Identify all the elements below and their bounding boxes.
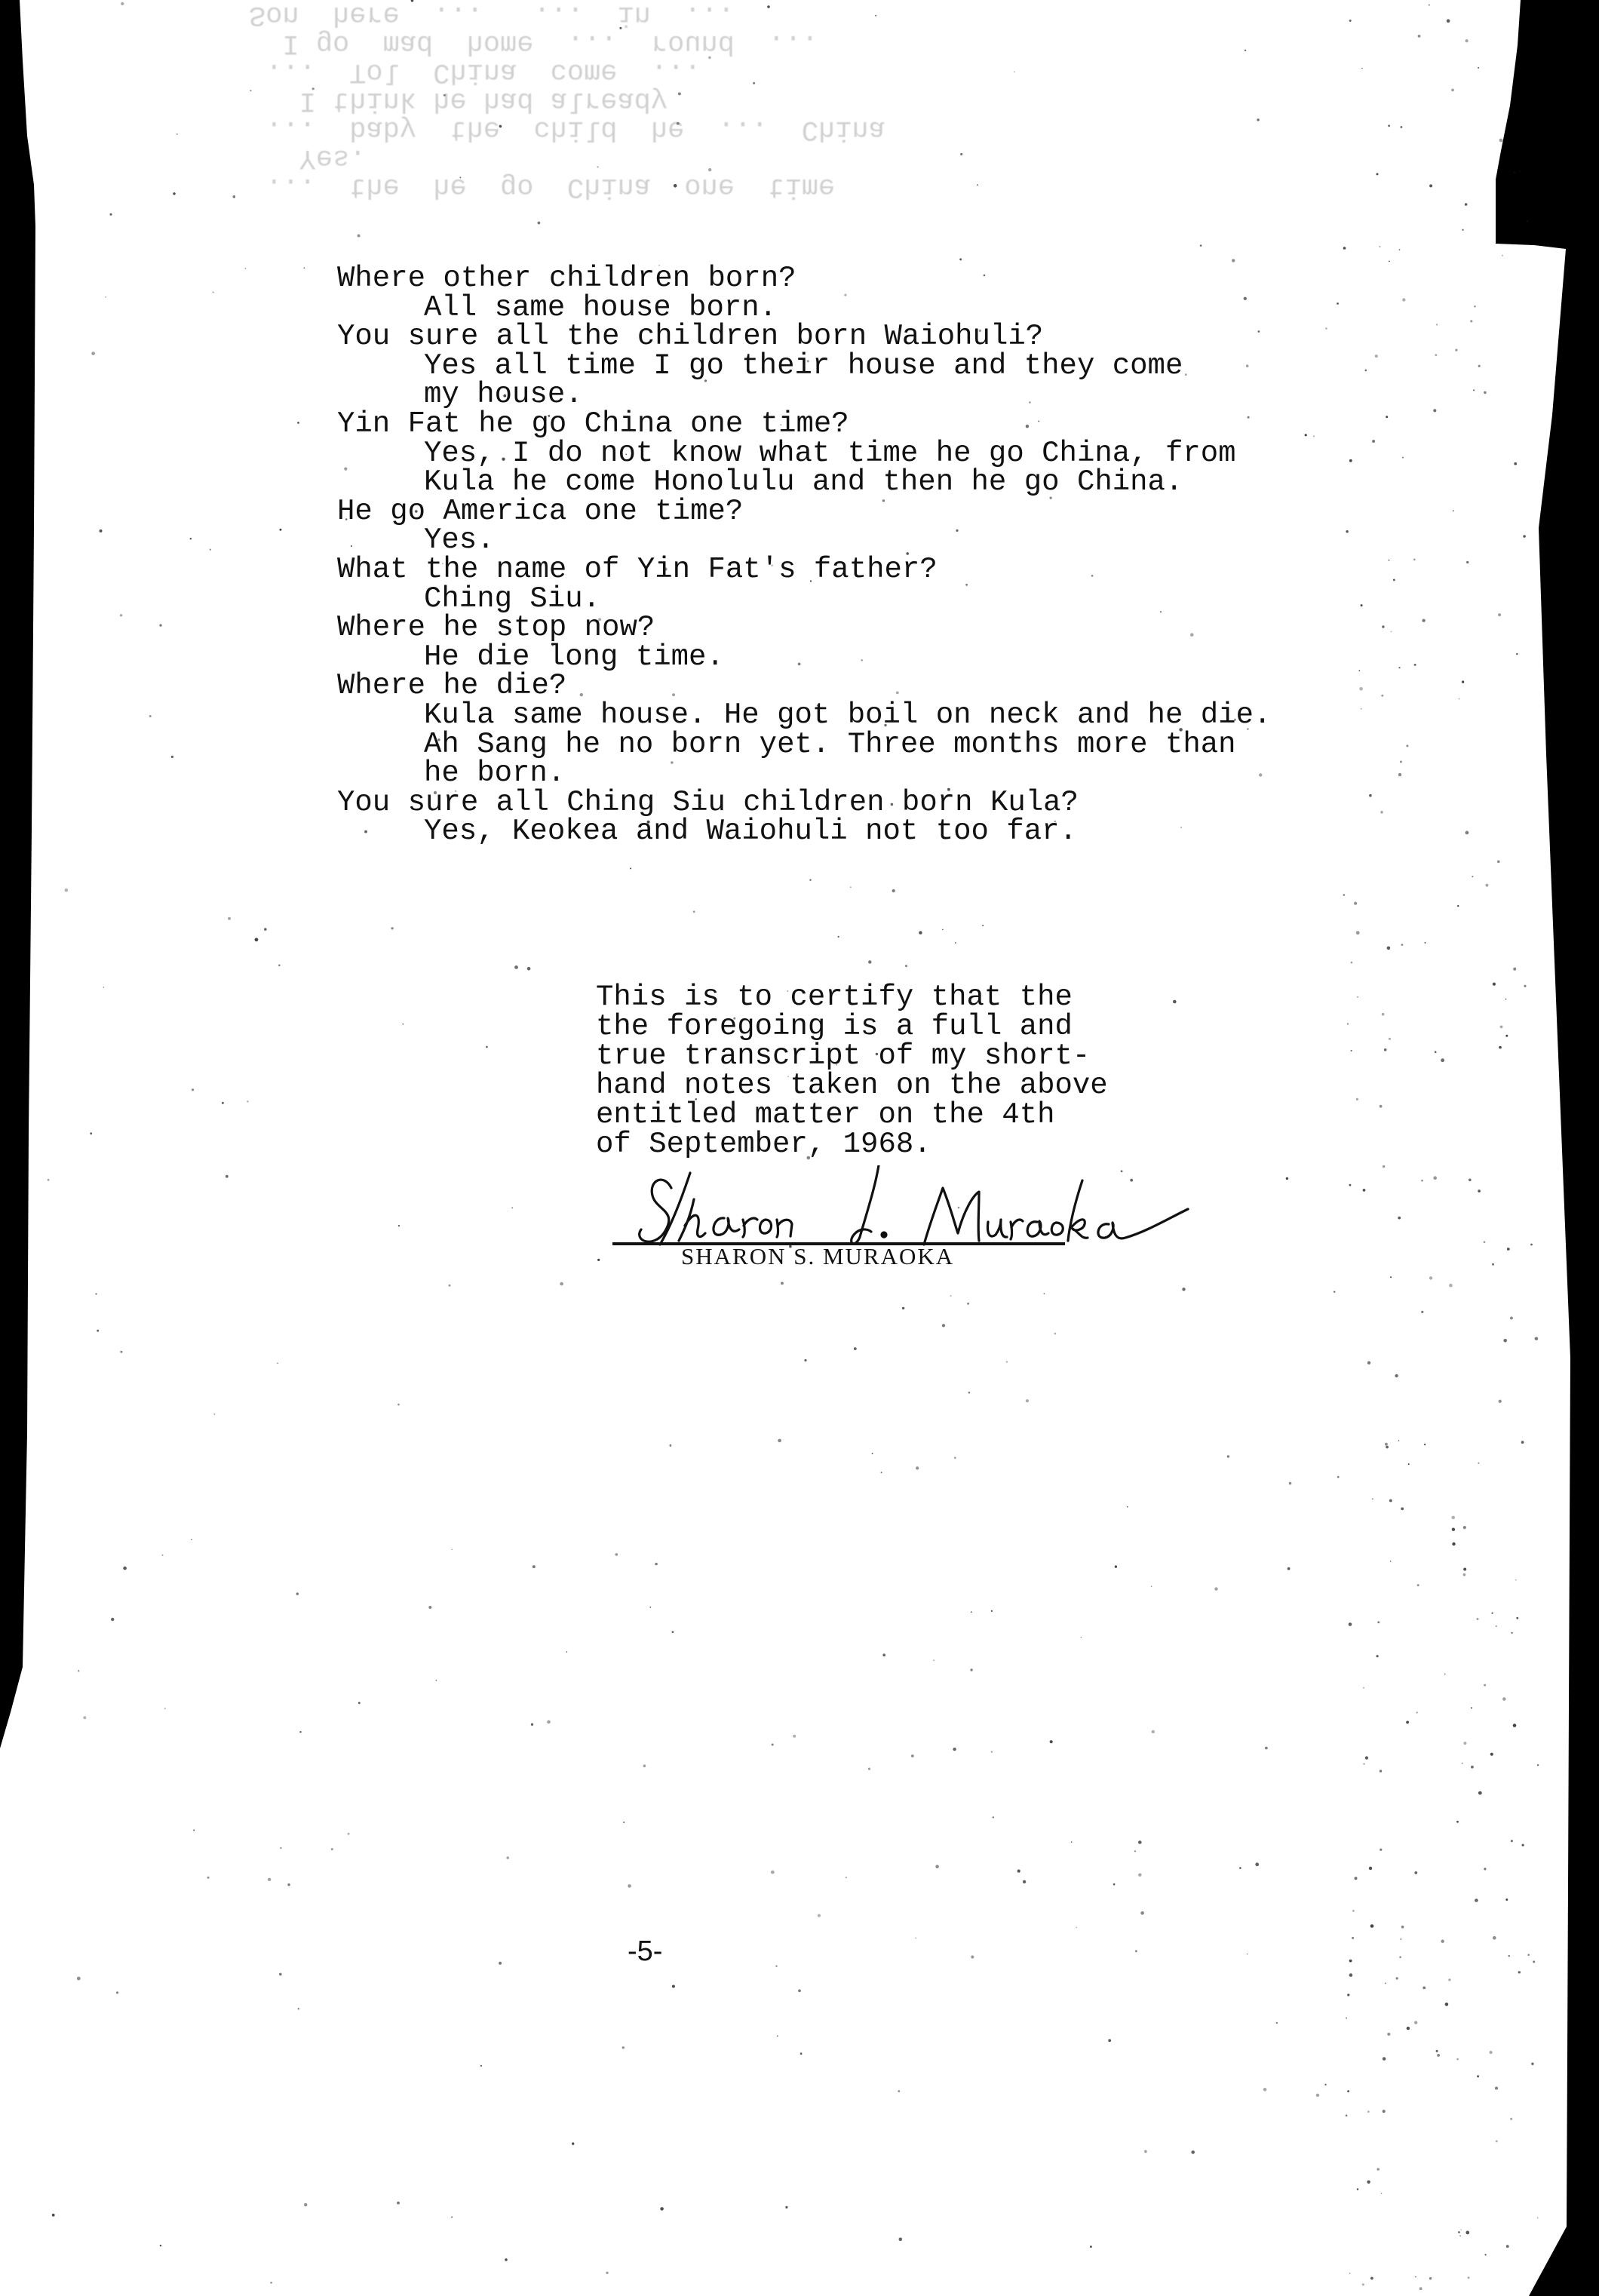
left-scan-edge <box>0 0 35 1748</box>
certification-line: true transcript of my short- <box>596 1042 1108 1071</box>
answer-line: Yes, Keokea and Waiohuli not too far. <box>337 817 1271 846</box>
certification-line: of September, 1968. <box>596 1130 1108 1159</box>
question-line: What the name of Yin Fat's father? <box>337 555 1271 585</box>
answer-line: my house. <box>337 380 1271 410</box>
answer-line: All same house born. <box>337 293 1271 323</box>
right-scan-edge <box>1496 0 1599 2296</box>
question-line: You sure all the children born Waiohuli? <box>337 322 1271 351</box>
certification-line: This is to certify that the <box>596 983 1108 1012</box>
transcript-body: Where other children born?All same house… <box>337 264 1271 846</box>
bleed-through-text: ... the he go China one time Yes. ... ba… <box>249 0 885 201</box>
question-line: You sure all Ching Siu children born Kul… <box>337 788 1271 818</box>
question-line: Yin Fat he go China one time? <box>337 410 1271 439</box>
question-line: Where other children born? <box>337 264 1271 293</box>
answer-line: he born. <box>337 759 1271 788</box>
question-line: Where he die? <box>337 671 1271 701</box>
answer-line: Ching Siu. <box>337 585 1271 614</box>
answer-line: Kula same house. He got boil on neck and… <box>337 701 1271 730</box>
question-line: He go America one time? <box>337 497 1271 526</box>
signatory-name: SHARON S. MURAOKA <box>681 1243 954 1270</box>
answer-line: Yes, I do not know what time he go China… <box>337 439 1271 468</box>
certification-line: entitled matter on the 4th <box>596 1100 1108 1130</box>
certification-line: hand notes taken on the above <box>596 1071 1108 1100</box>
answer-line: Yes all time I go their house and they c… <box>337 351 1271 381</box>
certification-line: the foregoing is a full and <box>596 1012 1108 1042</box>
answer-line: He die long time. <box>337 643 1271 672</box>
answer-line: Yes. <box>337 526 1271 555</box>
page-number: -5- <box>628 1935 662 1968</box>
certification-block: This is to certify that thethe foregoing… <box>596 983 1108 1159</box>
answer-line: Ah Sang he no born yet. Three months mor… <box>337 730 1271 760</box>
question-line: Where he stop now? <box>337 613 1271 643</box>
answer-line: Kula he come Honolulu and then he go Chi… <box>337 468 1271 497</box>
